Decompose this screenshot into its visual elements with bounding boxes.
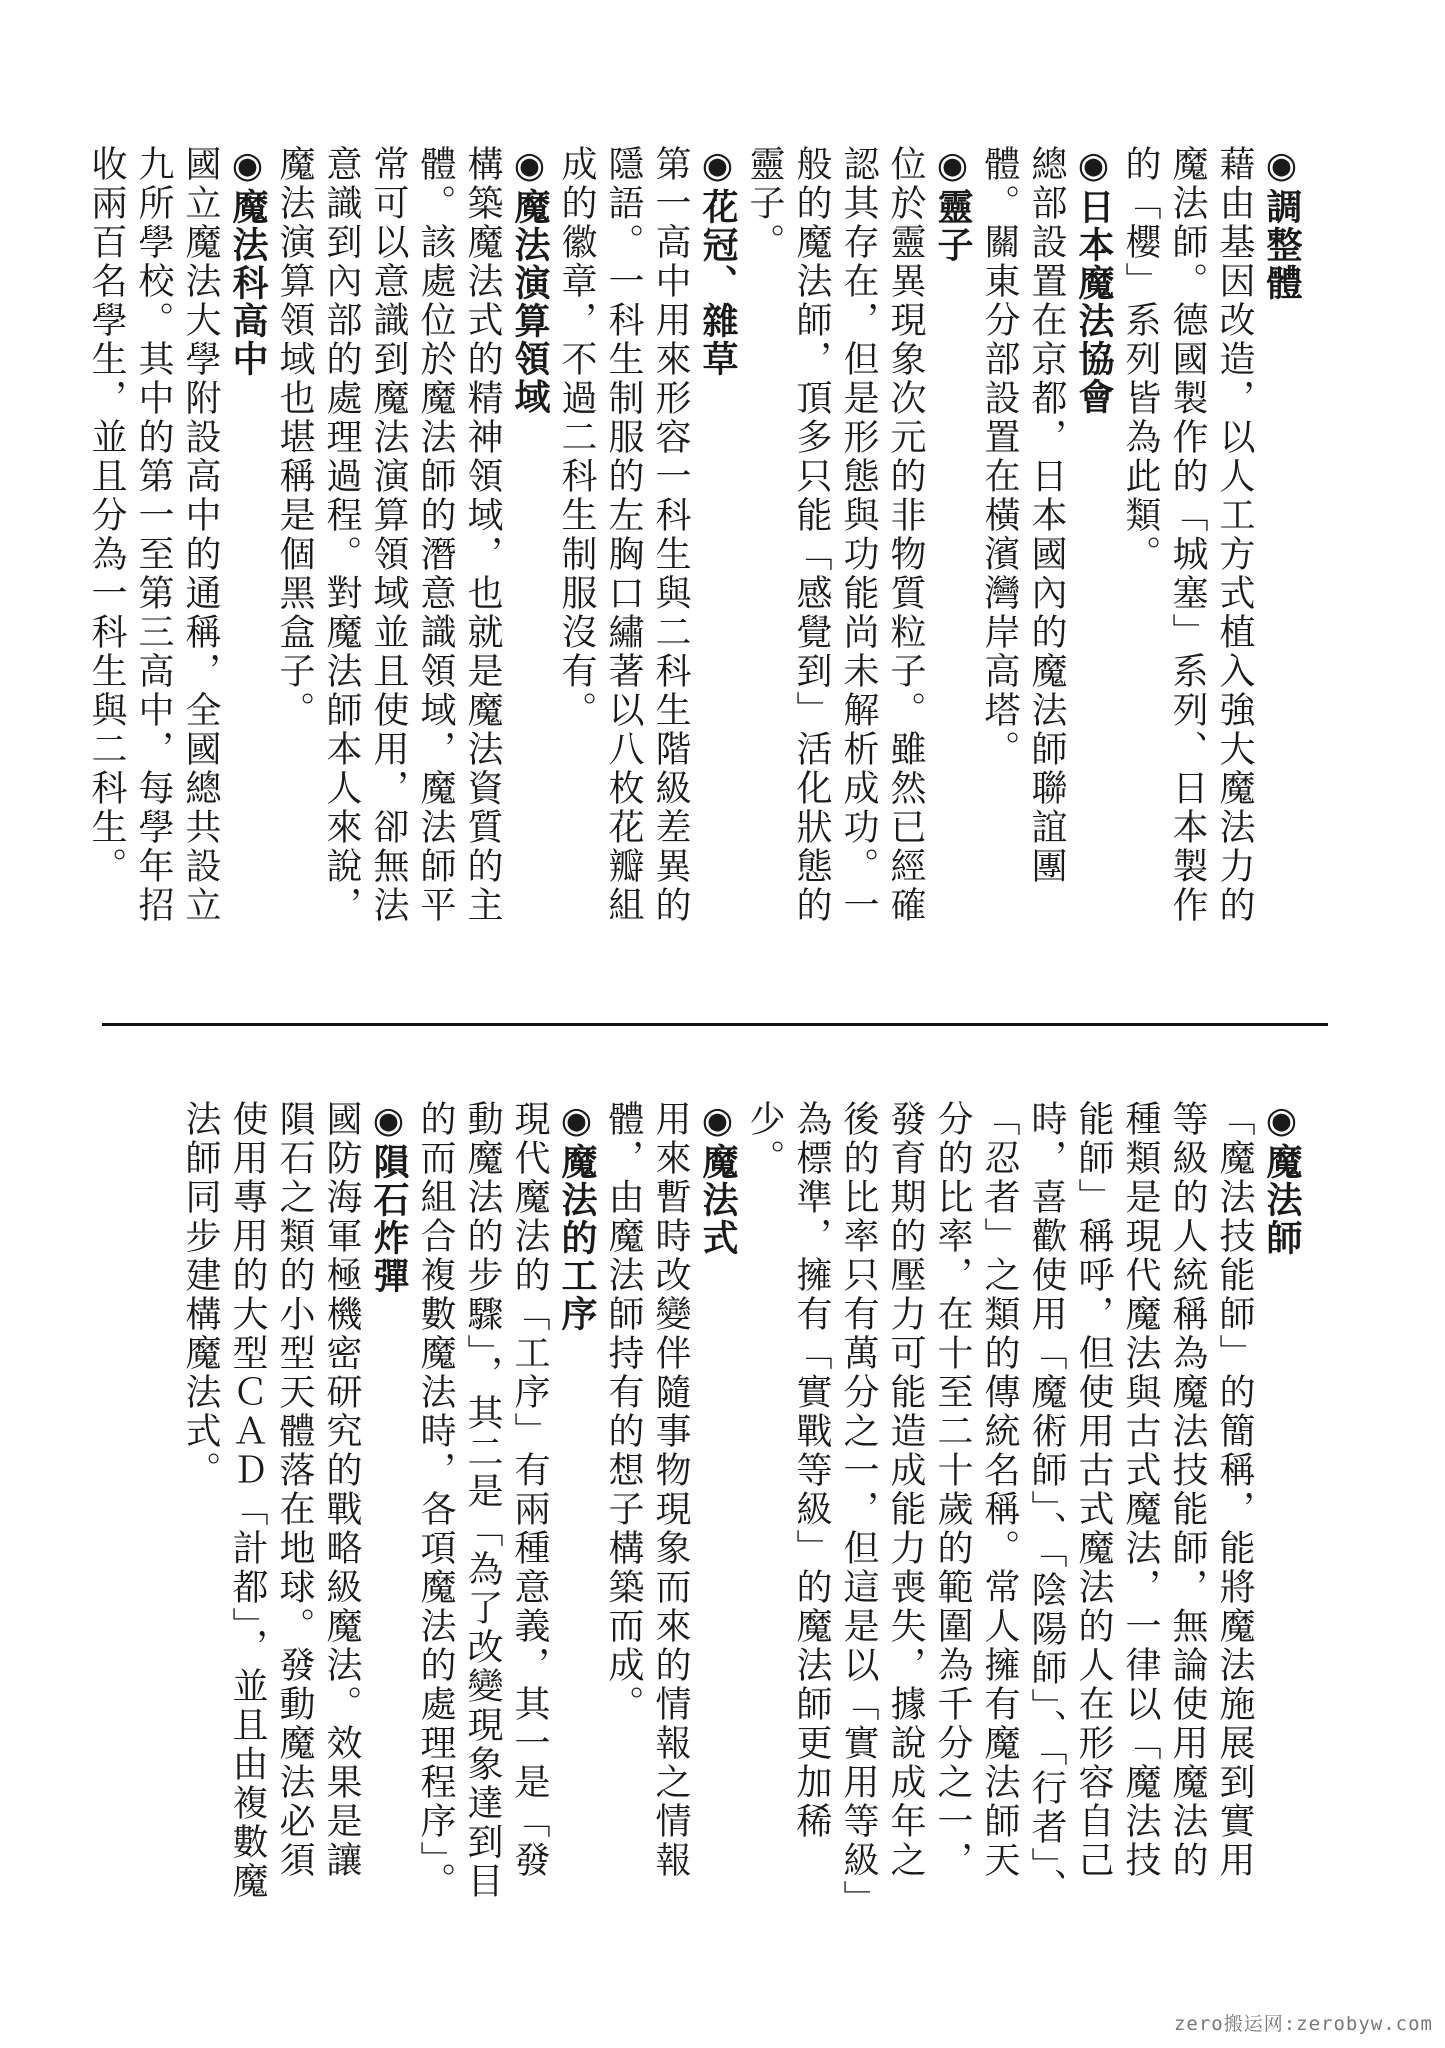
entry-magic-calculation-area: ◉魔法演算領域 構築魔法式的精神領域，也就是魔法資質的主體。該處位於魔法師的潛意… [271,145,553,960]
glossary-top-half: ◉調整體 藉由基因改造，以人工方式植入強大魔法力的魔法師。德國製作的「城塞」系列… [83,145,1305,960]
glossary-bottom-half: ◉魔法師 「魔法技能師」的簡稱，能將魔法施展到實用等級的人統稱為魔法技能師，無論… [177,1100,1305,1915]
entry-heading: ◉魔法演算領域 [506,145,553,960]
entry-adjusted-body: ◉調整體 藉由基因改造，以人工方式植入強大魔法力的魔法師。德國製作的「城塞」系列… [1117,145,1305,960]
entry-body: 藉由基因改造，以人工方式植入強大魔法力的魔法師。德國製作的「城塞」系列、日本製作… [1117,145,1258,960]
entry-heading: ◉魔法式 [694,1100,741,1915]
bullet-icon: ◉ [224,145,271,188]
entry-body: 總部設置在京都，日本國內的魔法師聯誼團體。關東分部設置在橫濱灣岸高塔。 [976,145,1070,960]
entry-spirit-particle: ◉靈子 位於靈異現象次元的非物質粒子。雖然已經確認其存在，但是形態與功能尚未解析… [741,145,976,960]
entry-magic-high-school: ◉魔法科高中 國立魔法大學附設高中的通稱，全國總共設立九所學校。其中的第一至第三… [83,145,271,960]
watermark: zero搬运网:zerobyw.com [1174,2009,1433,2036]
entry-heading: ◉隕石炸彈 [365,1100,412,1915]
bullet-icon: ◉ [1258,1100,1305,1143]
entry-japan-magic-association: ◉日本魔法協會 總部設置在京都，日本國內的魔法師聯誼團體。關東分部設置在橫濱灣岸… [976,145,1117,960]
entry-magic-process: ◉魔法的工序 現代魔法的「工序」有兩種意義，其一是「發動魔法的步驟」，其二是「為… [412,1100,600,1915]
section-divider [102,1023,1328,1026]
entry-magic-sequence: ◉魔法式 用來暫時改變伴隨事物現象而來的情報之情報體，由魔法師持有的想子構築而成… [600,1100,741,1915]
entry-body: 國立魔法大學附設高中的通稱，全國總共設立九所學校。其中的第一至第三高中，每學年招… [83,145,224,960]
entry-body: 國防海軍極機密研究的戰略級魔法。效果是讓隕石之類的小型天體落在地球。發動魔法必須… [177,1100,365,1915]
bullet-icon: ◉ [694,1100,741,1143]
entry-heading: ◉魔法師 [1258,1100,1305,1915]
entry-body: 位於靈異現象次元的非物質粒子。雖然已經確認其存在，但是形態與功能尚未解析成功。一… [741,145,929,960]
entry-body: 第一高中用來形容一科生與二科生階級差異的隱語。一科生制服的左胸口繡著以八枚花瓣組… [553,145,694,960]
entry-body: 現代魔法的「工序」有兩種意義，其一是「發動魔法的步驟」，其二是「為了改變現象達到… [412,1100,553,1915]
bullet-icon: ◉ [506,145,553,188]
entry-heading: ◉日本魔法協會 [1070,145,1117,960]
bullet-icon: ◉ [929,145,976,188]
bullet-icon: ◉ [1258,145,1305,188]
bullet-icon: ◉ [694,145,741,188]
entry-bloom-weed: ◉花冠、雜草 第一高中用來形容一科生與二科生階級差異的隱語。一科生制服的左胸口繡… [553,145,741,960]
entry-heading: ◉魔法科高中 [224,145,271,960]
entry-magician: ◉魔法師 「魔法技能師」的簡稱，能將魔法施展到實用等級的人統稱為魔法技能師，無論… [741,1100,1305,1915]
entry-heading: ◉調整體 [1258,145,1305,960]
entry-body: 構築魔法式的精神領域，也就是魔法資質的主體。該處位於魔法師的潛意識領域，魔法師平… [271,145,506,960]
entry-body: 用來暫時改變伴隨事物現象而來的情報之情報體，由魔法師持有的想子構築而成。 [600,1100,694,1915]
entry-heading: ◉靈子 [929,145,976,960]
entry-meteor-bomb: ◉隕石炸彈 國防海軍極機密研究的戰略級魔法。效果是讓隕石之類的小型天體落在地球。… [177,1100,412,1915]
entry-heading: ◉魔法的工序 [553,1100,600,1915]
entry-body: 「魔法技能師」的簡稱，能將魔法施展到實用等級的人統稱為魔法技能師，無論使用魔法的… [741,1100,1258,1915]
entry-heading: ◉花冠、雜草 [694,145,741,960]
bullet-icon: ◉ [553,1100,600,1143]
bullet-icon: ◉ [365,1100,412,1143]
bullet-icon: ◉ [1070,145,1117,188]
